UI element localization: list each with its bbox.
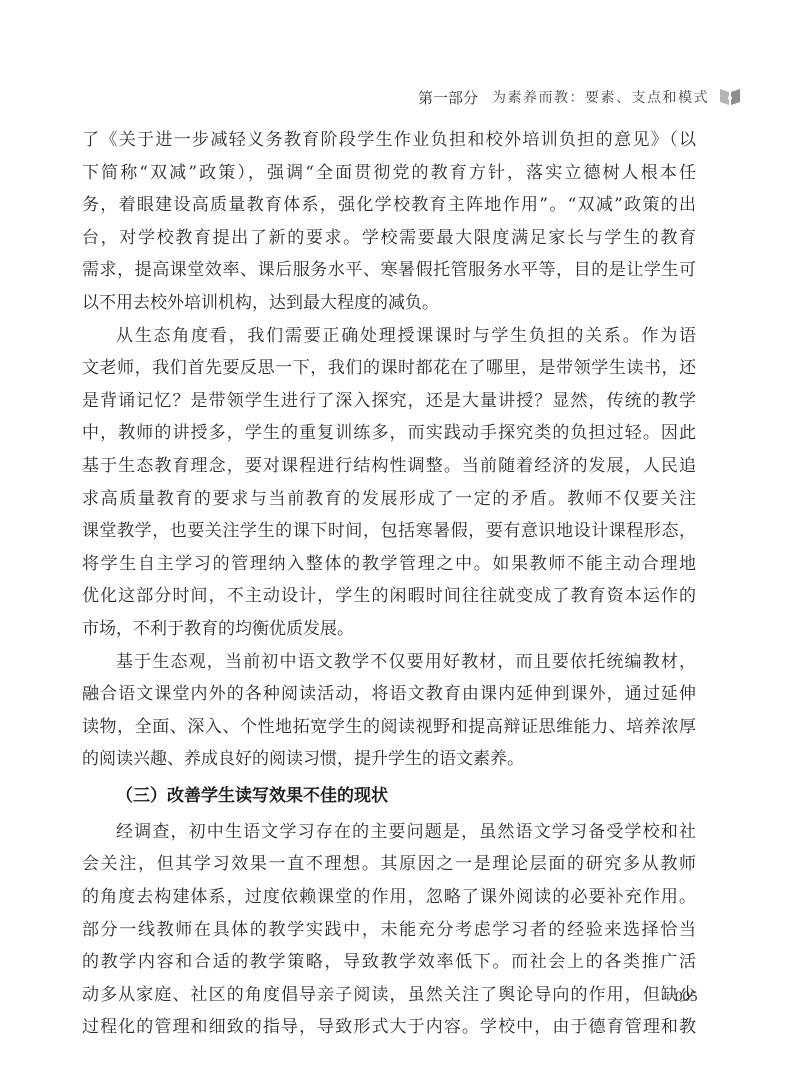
text-line: 以不用去校外培训机构，达到最大程度的减负。 <box>82 287 696 320</box>
text-line: 的角度去构建体系，过度依赖课堂的作用，忽略了课外阅读的必要补充作用。 <box>82 881 696 914</box>
paragraph: 基于生态观，当前初中语文教学不仅要用好教材，而且要依托统编教材， 融合语文课堂内… <box>82 646 696 776</box>
text-line: 经调查，初中生语文学习存在的主要问题是，虽然语文学习备受学校和社 <box>82 816 696 849</box>
body-text: 了《关于进一步减轻义务教育阶段学生作业负担和校外培训负担的意见》（以 下简称“双… <box>82 124 696 1044</box>
text-line: 会关注，但其学习效果一直不理想。其原因之一是理论层面的研究多从教师 <box>82 848 696 881</box>
text-line: 需求，提高课堂效率、课后服务水平、寒暑假托管服务水平等，目的是让学生可 <box>82 254 696 287</box>
section-heading: （三）改善学生读写效果不佳的现状 <box>82 776 696 816</box>
text-line: 了《关于进一步减轻义务教育阶段学生作业负担和校外培训负担的意见》（以 <box>82 124 696 157</box>
text-line: 务，着眼建设高质量教育体系，强化学校教育主阵地作用”。“双减”政策的出 <box>82 189 696 222</box>
page-number: 005 <box>675 989 698 1006</box>
text-line: 动多从家庭、社区的角度倡导亲子阅读，虽然关注了舆论导向的作用，但缺少 <box>82 979 696 1012</box>
text-line: 部分一线教师在具体的教学实践中，未能充分考虑学习者的经验来选择恰当 <box>82 914 696 947</box>
text-line: 的阅读兴趣、养成良好的阅读习惯，提升学生的语文素养。 <box>82 743 696 776</box>
running-head: 第一部分 为素养而教：要素、支点和模式 <box>418 84 741 110</box>
paragraph: 经调查，初中生语文学习存在的主要问题是，虽然语文学习备受学校和社 会关注，但其学… <box>82 816 696 1044</box>
paragraph: 从生态角度看，我们需要正确处理授课课时与学生负担的关系。作为语 文老师，我们首先… <box>82 320 696 646</box>
text-line: 市场，不利于教育的均衡优质发展。 <box>82 613 696 646</box>
text-line: 是背诵记忆？是带领学生进行了深入探究，还是大量讲授？显然，传统的教学 <box>82 385 696 418</box>
text-line: 基于生态教育理念，要对课程进行结构性调整。当前随着经济的发展，人民追 <box>82 450 696 483</box>
text-line: 过程化的管理和细致的指导，导致形式大于内容。学校中，由于德育管理和教 <box>82 1011 696 1044</box>
book-icon <box>719 87 741 107</box>
text-line: 文老师，我们首先要反思一下，我们的课时都花在了哪里，是带领学生读书，还 <box>82 352 696 385</box>
text-line: 基于生态观，当前初中语文教学不仅要用好教材，而且要依托统编教材， <box>82 646 696 679</box>
part-title: 为素养而教：要素、支点和模式 <box>492 87 709 107</box>
text-line: 读物，全面、深入、个性地拓宽学生的阅读视野和提高辩证思维能力、培养浓厚 <box>82 711 696 744</box>
text-line: 从生态角度看，我们需要正确处理授课课时与学生负担的关系。作为语 <box>82 320 696 353</box>
text-line: 优化这部分时间，不主动设计，学生的闲暇时间往往就变成了教育资本运作的 <box>82 580 696 613</box>
text-line: 中，教师的讲授多，学生的重复训练多，而实践动手探究类的负担过轻。因此 <box>82 417 696 450</box>
text-line: 台，对学校教育提出了新的要求。学校需要最大限度满足家长与学生的教育 <box>82 222 696 255</box>
part-label: 第一部分 <box>418 87 478 108</box>
text-line: 的教学内容和合适的教学策略，导致教学效率低下。而社会上的各类推广活 <box>82 946 696 979</box>
text-line: 融合语文课堂内外的各种阅读活动，将语文教育由课内延伸到课外，通过延伸 <box>82 678 696 711</box>
paragraph: 了《关于进一步减轻义务教育阶段学生作业负担和校外培训负担的意见》（以 下简称“双… <box>82 124 696 320</box>
text-line: 求高质量教育的要求与当前教育的发展形成了一定的矛盾。教师不仅要关注 <box>82 483 696 516</box>
text-line: 课堂教学，也要关注学生的课下时间，包括寒暑假，要有意识地设计课程形态， <box>82 515 696 548</box>
text-line: 将学生自主学习的管理纳入整体的教学管理之中。如果教师不能主动合理地 <box>82 548 696 581</box>
text-line: 下简称“双减”政策），强调“全面贯彻党的教育方针，落实立德树人根本任 <box>82 157 696 190</box>
